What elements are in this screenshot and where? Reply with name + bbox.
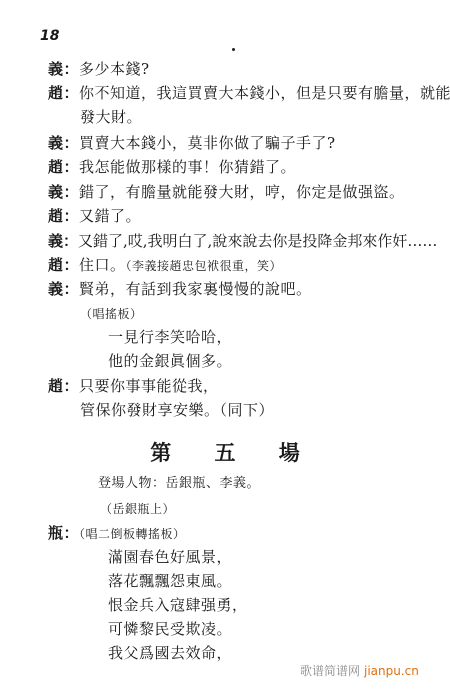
dialogue-line: 瓶：（唱二倒板轉搖板） [48,524,186,543]
dialogue-line: 趙：我怎能做那樣的事！你猜錯了。 [48,158,296,176]
dialogue-line: 趙：住口。（李義接趙忠包袱很重，笑） [48,256,282,275]
speaker: 趙： [48,84,79,102]
scene-title: 第 五 場 [0,437,450,467]
verse-line: 一見行李笑哈哈， [108,328,232,346]
speaker: 義： [48,134,79,152]
scene-entrance: （岳銀瓶上） [100,500,175,518]
watermark-site: jianpu.cn [364,664,419,678]
verse-line: 我父爲國去效命， [108,644,232,662]
speaker: 義： [48,60,79,78]
watermark: 歌谱简谱网jianpu.cn [300,662,419,679]
dialogue-line: 發大財。 [80,108,142,126]
stage-direction: （唱搖板） [80,305,143,323]
dialogue-line: 義：錯了，有膽量就能發大財，哼，你定是做强盜。 [48,183,405,201]
stage-direction: （李義接趙忠包袱很重，笑） [126,259,283,273]
dialogue-line: 義：多少本錢? [48,60,150,78]
dialogue-line: 管保你發財享安樂。（同下） [80,401,274,419]
dialogue-line: 趙：只要你事事能從我， [48,377,219,395]
speaker: 瓶： [48,524,79,542]
speck [232,48,235,51]
verse-line: 恨金兵入寇肆强勇， [108,596,248,614]
dialogue-line: 趙：又錯了。 [48,207,141,225]
dialogue-line: 義：賢弟，有話到我家裏慢慢的說吧。 [48,280,312,298]
verse-line: 他的金銀眞個多。 [108,352,232,370]
scene-characters: 登場人物：岳銀瓶、李義。 [98,475,260,493]
speaker: 趙： [48,158,79,176]
dialogue-line: 義：又錯了,哎,我明白了,說來說去你是投降金邦來作奸…… [48,232,437,250]
speaker: 趙： [48,256,79,274]
dialogue-line: 趙：你不知道，我這買賣大本錢小，但是只要有膽量，就能 [48,84,450,102]
speaker: 義： [48,232,78,250]
verse-line: 滿園春色好風景， [108,548,232,566]
speaker: 趙： [48,377,79,395]
speaker: 趙： [48,207,79,225]
page-number: 18 [40,28,59,44]
verse-line: 可憐黎民受欺凌。 [108,620,232,638]
speaker: 義： [48,183,79,201]
speaker: 義： [48,280,79,298]
dialogue-line: 義：買賣大本錢小，莫非你做了騙子手了? [48,134,336,152]
verse-line: 落花飄飄怨東風。 [108,572,232,590]
